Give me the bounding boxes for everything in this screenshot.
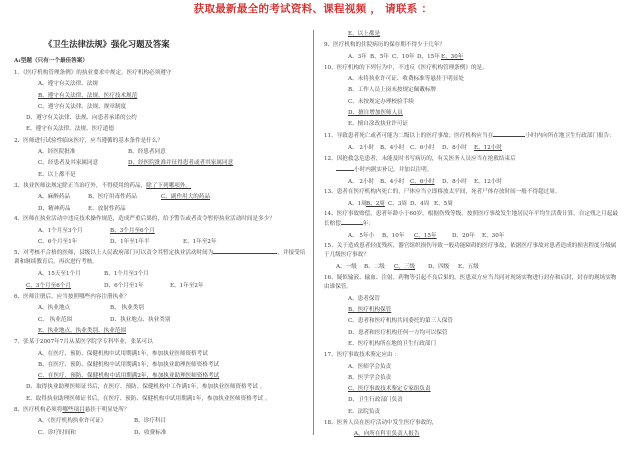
question-7-option-b: B、在医疗、预防、保健机构中试用期满1年，参加执业助理医师资格考试 [14, 360, 306, 371]
contact-banner: 获取最新最全的考试资料、课程视频 ， 请联系 ： [0, 1, 626, 16]
question-7-option-a: A、在医疗、预防、保健机构中试用期满1年，参加执业医师资格考试 [14, 349, 306, 360]
question-8-option-c: C、诊疗时间和 [38, 428, 134, 439]
question-3-option-e: E、放射性药品 [88, 204, 126, 215]
question-13-stem: 13、患者在医疗机构内死亡的，尸体应当立即移放太平间，死者尸体存放时间一般不得超… [324, 188, 620, 199]
question-16-stem: 16、疑似输液、输血、注射、药物等引起不良后果的，医患双方应当共同对现场实物进行… [324, 274, 620, 294]
question-8-option-e-answer: E、以上都是 [348, 29, 380, 40]
question-15-option-b: B、二级 [364, 262, 394, 273]
question-12-stem-tail: 小时内据实补记，并加以注明。 [354, 165, 432, 176]
question-14-option-c-answer: C、15年 [414, 231, 452, 242]
question-14-option-a: A、 5年小 [348, 231, 382, 242]
question-3-stem: 3、执业医师法规定除正当治疗外，不得使用的药品， [14, 183, 146, 189]
question-11-option-b: B、4小时 [380, 143, 410, 154]
question-4-option-a: A、1个月至3个月 [38, 226, 110, 237]
question-12-stem: 12、因抢救急危患者，未能及时书写病历的，有关医务人员应当在抢救结束后 [324, 154, 620, 165]
question-18-stem: 18、医务人员在医疗活动中发生医疗事故的， [324, 418, 620, 429]
question-6-option-a: A、执业地点 [38, 303, 110, 314]
question-12-blank [336, 165, 354, 171]
question-17-option-b: B、医学学会负责 [324, 373, 620, 384]
question-17-option-e: E、法院负责 [324, 407, 620, 418]
question-2-option-d-answer: D、经医院批准并征得患者或者其家属同意 [128, 158, 233, 169]
question-10-option-e: E、擅自涂改执业许可证 [324, 119, 620, 130]
question-16-option-e: E、医疗机构所在地的卫生行政部门 [324, 339, 620, 350]
question-14-option-b: B、10年 [382, 231, 414, 242]
document-title: 《卫生法律法规》强化习题及答案 [44, 36, 306, 52]
question-3-option-c-answer: C、副作用大的药品 [161, 192, 210, 203]
question-3-option-d: D、精神药品 [38, 204, 88, 215]
question-16-option-a: A、患者保管 [324, 294, 620, 305]
question-16-option-d: D、患者和医疗机构任何一方均可以保管 [324, 328, 620, 339]
question-11-option-a: A、 2小时 [348, 143, 380, 154]
question-15-option-c-answer: C、三级 [394, 262, 428, 273]
question-9-option-a: A、3年 [348, 52, 370, 63]
question-2-option-c: C、经患者及其家属同意 [38, 158, 128, 169]
question-6-option-d: D、执业地点、执业类别 [110, 315, 170, 326]
question-13-option-c: C、3周 [388, 199, 410, 210]
question-18-option-a-answer: A、向所在科室负责人报告 [354, 429, 420, 440]
question-10-option-a: A、未将执业许可证、收费标准等悬挂于明显处 [324, 74, 620, 85]
question-6-option-e-answer: E、执业地点、执业类别、执业范围 [38, 326, 126, 337]
section-heading: A₁型题（只有一个最佳答案） [14, 55, 306, 68]
question-6-option-b: B、 执业类别 [110, 303, 144, 314]
question-14-blank [341, 219, 363, 225]
question-1-option-c: C、遵守有关法律、法规、规章制度 [14, 102, 306, 113]
question-5-option-b: B、1个月至3个月 [104, 269, 149, 280]
question-13-option-a: A、1周 [348, 199, 366, 210]
question-6-option-c: C、 执业范围 [38, 315, 110, 326]
question-17-option-d: D、卫生行政部门负责 [324, 395, 620, 406]
question-5-option-e: E、1年至2年 [170, 281, 204, 292]
question-13-option-b-answer: B、2周 [366, 199, 388, 210]
question-15-option-a: A、一级 [336, 262, 364, 273]
question-5-blank [213, 248, 277, 254]
question-11-stem-block: 11、导致患者死亡或者可能为二级以上的医疗事故；医疗机构应当在小时内向所在地卫生… [324, 131, 620, 143]
question-15-stem: 15、关于造成患者轻度残疾、器官组织损伤导致一般功能障碍的医疗事故，依据医疗事故… [324, 242, 620, 262]
question-15-option-d: D、四级 [428, 262, 458, 273]
question-5-stem: 5、对考核不合格的医师，县级以上人民政府部门可以责令其暂定执业活动时间为 [14, 250, 213, 256]
question-1-stem: 1．《医疗机构管理条例》的执业要求中规定，医疗机构必须遵守 [14, 68, 306, 79]
question-17-option-a: A、医师学会负责 [324, 362, 620, 373]
question-11-option-d: D、8小时 [442, 143, 474, 154]
question-12-option-e: E、12小时 [474, 177, 502, 188]
question-14-option-e: E、30年 [482, 231, 504, 242]
question-9-option-d: D、15年 [417, 52, 441, 63]
question-13-option-e: E、5周 [434, 199, 453, 210]
question-10-option-b: B、工作人员上岗未按规定佩戴标牌 [324, 85, 620, 96]
question-16-option-c: C、患者和医疗机构共同委托的第三人保管 [324, 316, 620, 327]
question-2-option-e: E、以上都不是 [14, 170, 306, 181]
question-3-option-a: A、麻醉药品 [38, 192, 88, 203]
question-12-option-d: D、8小时 [442, 177, 474, 188]
question-1-option-a: A、遵守有关法律、法规 [14, 79, 306, 90]
question-9-option-b: B、5年 [370, 52, 392, 63]
question-12-option-a: A、 2小时 [348, 177, 380, 188]
question-7-option-c-answer: C、在医疗、预防、保健机构中试用期满2年，参加执业助理医师资格考试 [38, 371, 219, 382]
question-8-stem-emphasis: 哪些项目 [62, 407, 84, 413]
question-7-option-d: D、取得执业助理医师证书后，在医疗、预防、保健机构中工作满1年，参加执业医师资格… [14, 382, 306, 393]
question-11-stem-tail: 小时内向所在地卫生行政部门报告： [525, 133, 615, 139]
question-5-stem-block: 5、对考核不合格的医师，县级以上人民政府部门可以责令其暂定执业活动时间为，并接受… [14, 248, 306, 269]
question-9-option-e-answer: E、30年 [441, 52, 463, 63]
question-6-stem: 6、医师注册后，应当按照哪些内容注册执业？ [14, 292, 306, 303]
question-12-option-c-answer: C、6小时 [410, 177, 442, 188]
question-4-option-b-answer: B、3个月至6个月 [110, 226, 155, 237]
question-5-option-c-answer: C、3个月至6个月 [26, 281, 104, 292]
question-2-option-a: A、经医院批准 [38, 147, 128, 158]
question-11-blank [493, 131, 525, 137]
question-17-stem: 17、医疗事故技术鉴定应由 ： [324, 350, 620, 361]
question-5-option-a: A、15天至1个月 [38, 269, 104, 280]
question-11-option-e-answer: E、12小时 [474, 143, 502, 154]
question-4-option-e: E、1年至2年 [183, 237, 217, 248]
question-10-option-d-answer: D、擅自增加医师人员 [348, 108, 403, 119]
question-7-stem: 7、张某于2007年7月从某医学院学专科毕业，张某可以 [14, 337, 306, 348]
question-2-stem: 2、医师进行试验性临床医疗，应当遵循的基本条件是什么？ [14, 136, 306, 147]
right-column: E、以上都是 9、医疗机构的住院病历的保存期不得少于几年？ A、3年B、5年C、… [324, 29, 620, 441]
question-14-option-d: D、20年 [452, 231, 482, 242]
question-1-option-d: D、遵守有关法律、法规、向患者承诺的公约 [14, 113, 306, 124]
question-12-option-b: B、4小时 [380, 177, 410, 188]
column-divider [313, 30, 314, 435]
question-10-option-c: C、未按规定办理校验手续 [324, 97, 620, 108]
question-3-option-b: B、医疗用毒性药品 [88, 192, 161, 203]
question-17-option-c-answer: C、医疗事故技术鉴定专家组负责 [348, 384, 431, 395]
question-8-stem-tail: 悬挂于明显处所？ [85, 407, 130, 413]
question-13-option-d: D、4周 [410, 199, 434, 210]
question-8-stem: 8、医疗机构必须将 [14, 407, 62, 413]
question-4-option-c: C、6个月至1年 [38, 237, 110, 248]
question-16-option-b-answer: B、医疗机构保管 [348, 305, 391, 316]
question-9-stem: 9、医疗机构的住院病历的保存期不得少于几年？ [324, 40, 620, 51]
left-column: 《卫生法律法规》强化习题及答案 A₁型题（只有一个最佳答案） 1．《医疗机构管理… [14, 36, 306, 439]
question-1-option-b-answer: B、遵守有关法律、法规、医疗技术规范 [38, 91, 137, 102]
question-9-option-c: C、10年 [392, 52, 417, 63]
question-11-stem: 11、导致患者死亡或者可能为二级以上的医疗事故；医疗机构应当在 [324, 133, 493, 139]
question-3-stem-emphasis: 除了下列哪项外。 [146, 183, 191, 189]
question-7-option-e: E、取得执业助理医师证书后，在医疗、预防、保健机构中试用期满1年，参加执业医师资… [14, 394, 306, 405]
question-4-stem: 4、医师在执业活动中违反技术操作规范，造成严重后果的，给予警告或者责令暂停执业活… [14, 215, 306, 226]
question-15-option-e: E、五级 [458, 262, 479, 273]
question-4-option-d: D、1年至1年半 [110, 237, 183, 248]
question-8-option-d: D、收费标准 [134, 428, 166, 439]
question-2-option-b: B、经患者同意 [128, 147, 166, 158]
question-8-option-a: A、《医疗机构执业许可证》 [38, 416, 134, 427]
question-5-option-d: D、6个月至1年 [104, 281, 170, 292]
question-11-option-c: C、6小时 [410, 143, 442, 154]
question-10-stem: 10、医疗机构的下列行为中，不违反《医疗机构管理条例》的是。 [324, 63, 620, 74]
question-1-option-e: E、遵守有关法律、法规、医疗道德 [14, 124, 306, 135]
question-14-stem-tail: 年： [363, 221, 374, 227]
question-8-option-b: B、诊疗科目 [134, 416, 166, 427]
question-14-stem-block: 14、医疗事故赔偿，患者年龄小于60岁，根据伤残等级，按照医疗事故发生地居民年平… [324, 210, 620, 231]
